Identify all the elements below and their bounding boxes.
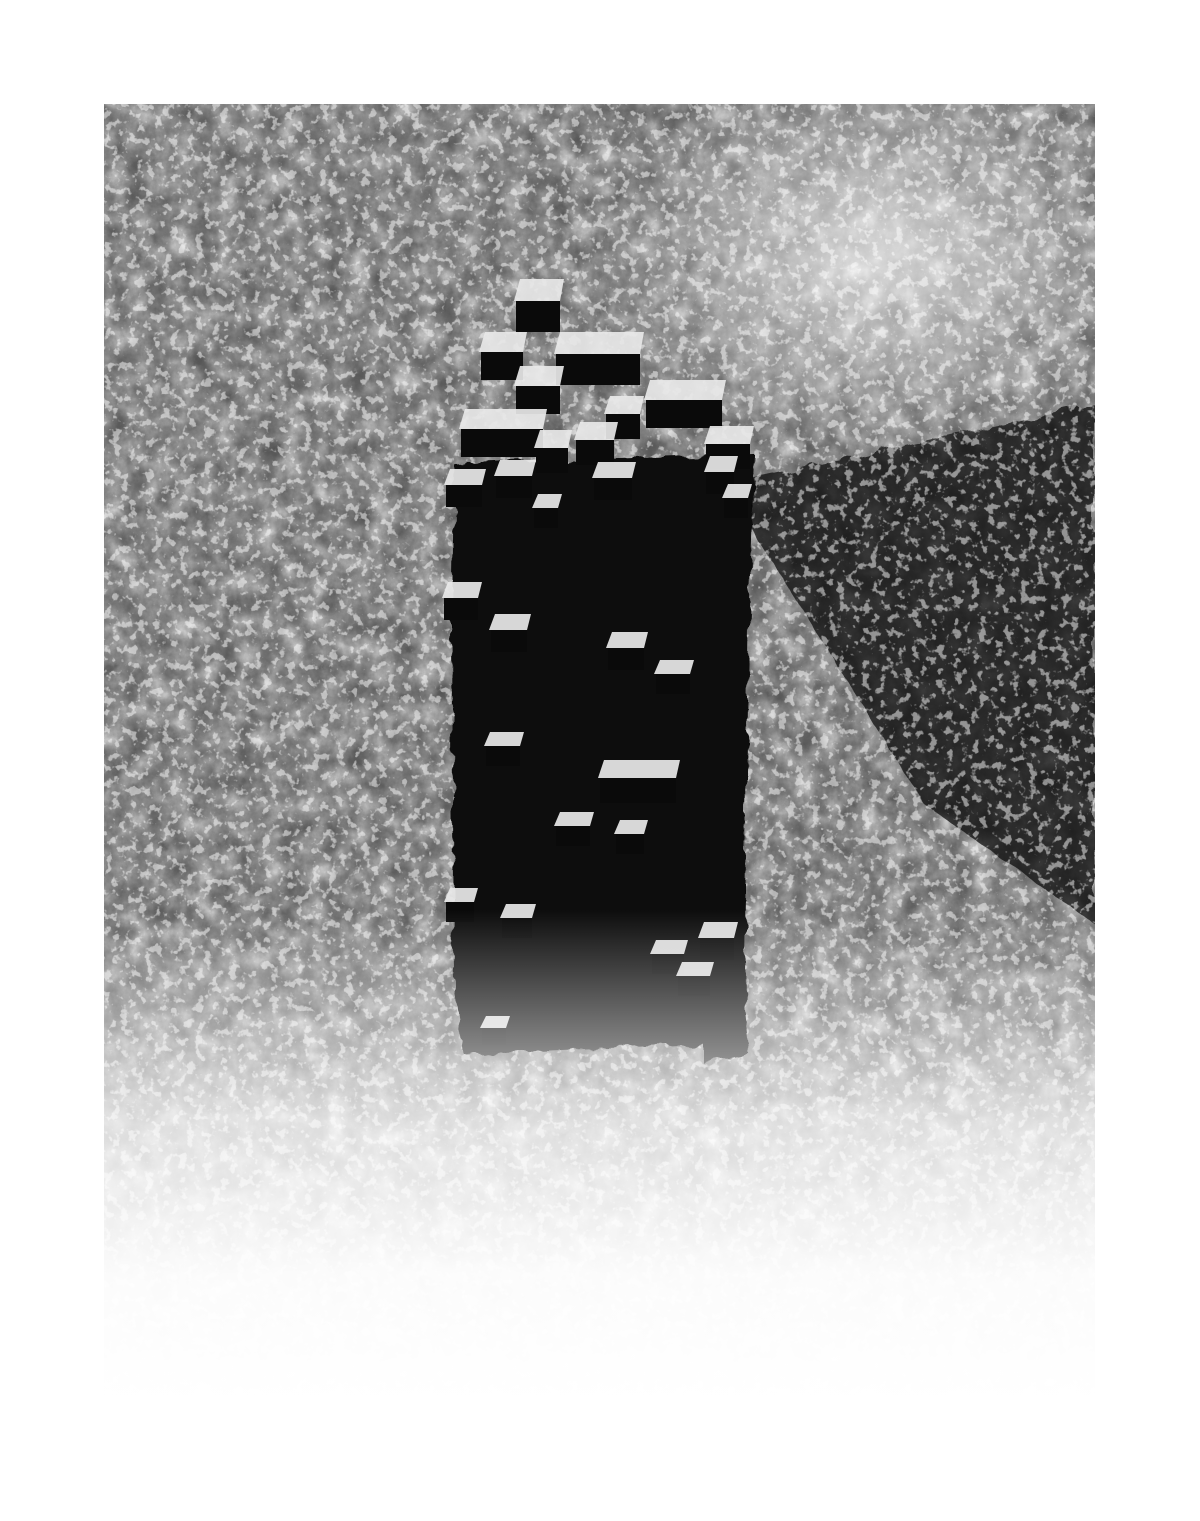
artwork-print — [104, 104, 1095, 1404]
artwork-canvas — [104, 104, 1095, 1404]
mist-fade — [104, 104, 1095, 1404]
